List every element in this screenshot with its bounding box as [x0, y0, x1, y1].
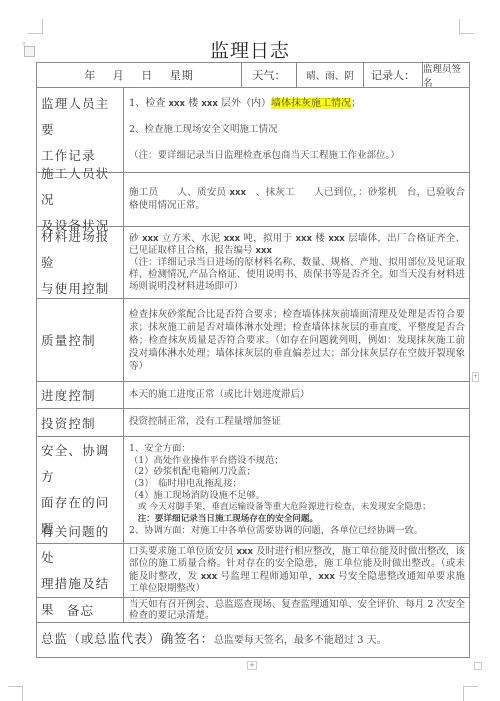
- placeholder-xxx: xxx: [230, 188, 246, 198]
- highlighted-text: 墙体抹灰施工情况: [271, 98, 351, 109]
- text: 楼: [312, 233, 328, 244]
- text: 号监理工程师通知单，: [217, 571, 318, 582]
- row-problem-handling: 有关问题的处 理措施及结果 口头要求施工单位质安员 xxx 及时进行相应整改，施…: [37, 544, 469, 598]
- weather-value-cell: 晴、雨、阴: [297, 63, 364, 87]
- row-staff-equipment-status: 施工人员状况 及设备状况 施工员 人、质安员 xxx 、抹灰工 人已到位，：砂浆…: [37, 173, 469, 227]
- row-content[interactable]: 砂 xxx 立方米、水泥 xxx 吨，拟用于 xxx 楼 xxx 层墙体，出厂合…: [124, 227, 469, 298]
- supervision-log-table: 年 月 日 星期 天气： 晴、雨、阴 记录人： 监理员签名 监理人员主要 工作记…: [36, 62, 470, 658]
- safety-line: 1、安全方面：: [129, 443, 465, 455]
- recorder-label-cell: 记录人：: [364, 63, 423, 87]
- row-label: 备忘: [37, 598, 124, 622]
- row-label: 质量控制: [37, 299, 124, 381]
- safety-line: （2）砂浆机配电箱闸刀没盖；: [129, 466, 465, 478]
- safety-line: （4）施工现场消防设施不足够。: [129, 490, 465, 502]
- recorder-signature: 监理员签名: [423, 61, 469, 89]
- staff-status-text: 施工员 人、质安员 xxx 、抹灰工 人已到位，：砂浆机 台，已验收合格使用情况…: [129, 187, 465, 212]
- row-progress-control: 进度控制 本天的施工进度正常（或比计划进度滞后）: [37, 382, 469, 409]
- date-label: 年 月 日 星期: [84, 67, 194, 83]
- weather-label: 天气：: [253, 67, 286, 83]
- safety-line: （3） 临时用电乱拖乱接；: [129, 478, 465, 490]
- recorder-value-cell: 监理员签名: [423, 63, 469, 87]
- add-column-button[interactable]: +: [472, 372, 479, 382]
- row-label: 监理人员主要 工作记录: [37, 88, 124, 172]
- row-label: 施工人员状况 及设备状况: [37, 173, 124, 226]
- work-item-2: 2、检查施工现场安全文明施工情况: [129, 124, 465, 137]
- placeholder-xxx: xxx: [201, 99, 217, 109]
- recorder-label: 记录人：: [371, 67, 415, 83]
- material-text: 砂 xxx 立方米、水泥 xxx 吨，拟用于 xxx 楼 xxx 层墙体，出厂合…: [129, 233, 465, 257]
- placeholder-xxx: xxx: [201, 572, 217, 582]
- row-chief-signature[interactable]: 总监（或总监代表）确签名： 总监要每天签名，最多不能超过 3 天。: [37, 623, 469, 657]
- placeholder-xxx: xxx: [318, 572, 334, 582]
- text: 吨，拟用于: [240, 233, 295, 244]
- label-line: 监理人员主要: [41, 91, 120, 143]
- row-label: 材料进场报验 与使用控制: [37, 227, 124, 298]
- placeholder-xxx: xxx: [296, 234, 312, 244]
- progress-text: 本天的施工进度正常（或比计划进度滞后）: [129, 389, 465, 402]
- safety-line: 或 今天对脚手架、垂直运输设备等重大危险源进行检查，未发现安全隐患；: [129, 502, 465, 514]
- placeholder-xxx: xxx: [169, 99, 185, 109]
- document-title: 监理日志: [0, 36, 500, 63]
- label-text: 进度控制: [41, 386, 120, 404]
- row-investment-control: 投资控制 投资控制正常，没有工程量增加签证: [37, 409, 469, 437]
- label-text: 备忘: [67, 601, 94, 619]
- label-line: 材料进场报验: [41, 224, 120, 276]
- coordination-line: 2、协调方面：对施工中各单位需要协调的问题，各单位已经协调一致。: [129, 525, 465, 537]
- row-memo: 备忘 当天如有召开例会、总监巡查现场、复查监理通知单、安全评价、每月 2 次安全…: [37, 598, 469, 623]
- text: 楼: [185, 98, 201, 109]
- handling-text: 口头要求施工单位质安员 xxx 及时进行相应整改，施工单位能及时做出整改，该部位…: [129, 546, 465, 595]
- text: 层外（内）: [218, 98, 271, 109]
- memo-text: 当天如有召开例会、总监巡查现场、复查监理通知单、安全评价、每月 2 次安全检查的…: [129, 599, 465, 622]
- placeholder-xxx: xxx: [142, 234, 158, 244]
- add-row-button[interactable]: +: [247, 661, 257, 670]
- label-line: 有关问题的处: [41, 519, 120, 571]
- weather-value: 晴、雨、阴: [306, 68, 354, 82]
- page-corner-mark: [463, 686, 478, 701]
- text: 1、检查: [129, 98, 169, 109]
- page-corner-mark: [28, 19, 43, 34]
- label-line: 与使用控制: [41, 276, 120, 302]
- row-label: 有关问题的处 理措施及结果: [37, 544, 124, 597]
- table-resize-handle[interactable]: [474, 662, 482, 670]
- row-content[interactable]: 当天如有召开例会、总监巡查现场、复查监理通知单、安全评价、每月 2 次安全检查的…: [124, 598, 469, 622]
- row-material-inspection: 材料进场报验 与使用控制 砂 xxx 立方米、水泥 xxx 吨，拟用于 xxx …: [37, 227, 469, 299]
- row-label: 进度控制: [37, 382, 124, 408]
- page-corner-mark: [459, 19, 474, 34]
- safety-line: （1）高处作业操作平台搭设不规范；: [129, 455, 465, 467]
- label-text: 质量控制: [41, 331, 120, 349]
- row-content[interactable]: 1、安全方面： （1）高处作业操作平台搭设不规范； （2）砂浆机配电箱闸刀没盖；…: [124, 437, 469, 543]
- row-content[interactable]: 施工员 人、质安员 xxx 、抹灰工 人已到位，：砂浆机 台，已验收合格使用情况…: [124, 173, 469, 226]
- placeholder-xxx: xxx: [224, 234, 240, 244]
- weather-label-cell: 天气：: [242, 63, 297, 87]
- chief-signature-note: 总监要每天签名，最多不能超过 3 天。: [214, 631, 387, 646]
- text: 立方米、水泥: [159, 233, 224, 244]
- row-content[interactable]: 1、检查 xxx 楼 xxx 层外（内）墙体抹灰施工情况； 2、检查施工现场安全…: [124, 88, 469, 172]
- material-note: （注：详细记录当日进场的原材料名称、数量、规格、产地、拟用部位及见证取样、检测情…: [129, 257, 465, 293]
- row-content[interactable]: 口头要求施工单位质安员 xxx 及时进行相应整改，施工单位能及时做出整改，该部位…: [124, 544, 469, 597]
- label-line: 施工人员状况: [41, 161, 120, 213]
- row-quality-control: 质量控制 检查抹灰砂浆配合比是否符合要求；检查墙体抹灰前墙面清理及处理是否符合要…: [37, 299, 469, 382]
- row-content[interactable]: 投资控制正常，没有工程量增加签证: [124, 409, 469, 436]
- placeholder-xxx: xxx: [256, 246, 272, 256]
- header-row: 年 月 日 星期 天气： 晴、雨、阴 记录人： 监理员签名: [37, 63, 469, 88]
- quality-text: 检查抹灰砂浆配合比是否符合要求；检查墙体抹灰前墙面清理及处理是否符合要求；抹灰施…: [129, 308, 465, 373]
- investment-text: 投资控制正常，没有工程量增加签证: [129, 416, 465, 429]
- placeholder-xxx: xxx: [237, 547, 253, 557]
- row-content[interactable]: 本天的施工进度正常（或比计划进度滞后）: [124, 382, 469, 408]
- row-label: 投资控制: [37, 409, 124, 436]
- text: 施工员 人、质安员: [129, 187, 230, 198]
- date-cell: 年 月 日 星期: [37, 63, 242, 87]
- safety-bold-note: 注：要详细记录当日施工现场存在的安全问题。: [129, 514, 465, 526]
- row-content[interactable]: 检查抹灰砂浆配合比是否符合要求；检查墙体抹灰前墙面清理及处理是否符合要求；抹灰施…: [124, 299, 469, 381]
- text: ；: [351, 98, 361, 109]
- chief-signature-label: 总监（或总监代表）确签名：: [41, 629, 214, 647]
- placeholder-xxx: xxx: [328, 234, 344, 244]
- work-note: （注：要详细记录当日监理检查承包商当天工程施工作业部位。）: [129, 150, 465, 163]
- page-corner-mark: [8, 686, 23, 701]
- text: 砂: [129, 233, 142, 244]
- label-line: 安全、协调方: [41, 438, 120, 490]
- text: 口头要求施工单位质安员: [129, 546, 237, 557]
- work-item-1: 1、检查 xxx 楼 xxx 层外（内）墙体抹灰施工情况；: [129, 98, 465, 111]
- label-text: 投资控制: [41, 414, 120, 432]
